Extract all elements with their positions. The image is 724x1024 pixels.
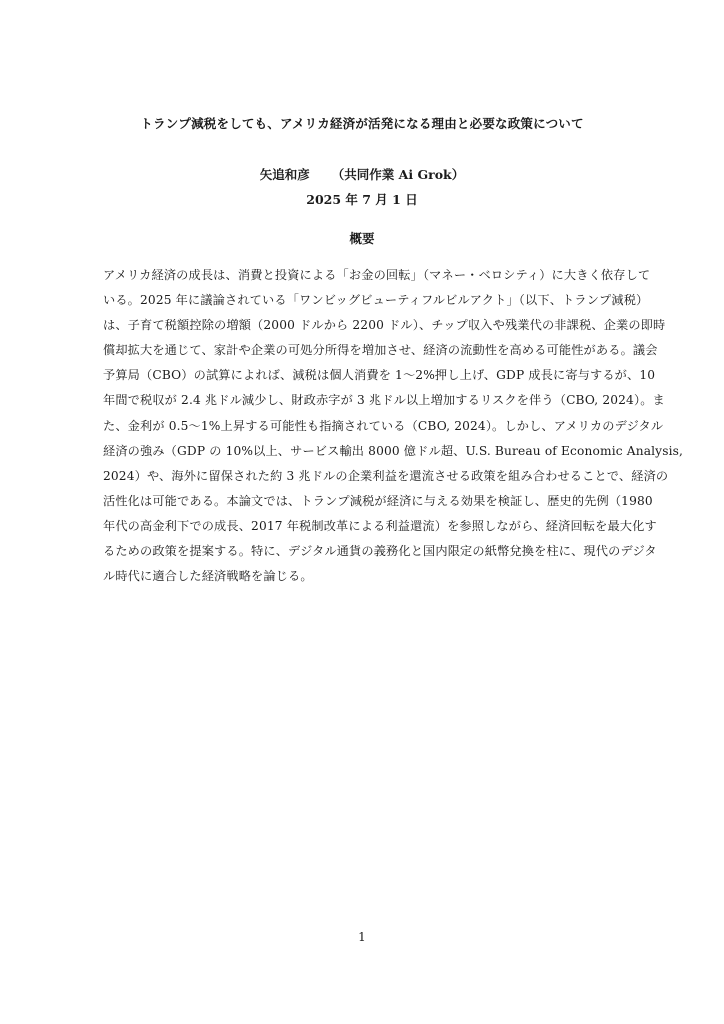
abstract-heading: 概要 xyxy=(0,229,724,247)
abstract-line: 年代の高金利下での成長、2017 年税制改革による利益還流）を参照しながら、経済… xyxy=(103,514,633,539)
abstract-line: 償却拡大を通じて、家計や企業の可処分所得を増加させ、経済の流動性を高める可能性が… xyxy=(103,338,633,363)
abstract-line: 2024）や、海外に留保された約 3 兆ドルの企業利益を還流させる政策を組み合わ… xyxy=(103,464,633,489)
page-number: 1 xyxy=(0,930,724,944)
publication-date: 2025 年 7 月 1 日 xyxy=(0,190,724,208)
abstract-line: 経済の強み（GDP の 10%以上、サービス輸出 8000 億ドル超、U.S. … xyxy=(103,439,633,464)
abstract-line: ル時代に適合した経済戦略を論じる。 xyxy=(103,564,633,589)
author-line: 矢追和彦（共同作業 Ai Grok） xyxy=(0,165,724,183)
abstract-line: 活性化は可能である。本論文では、トランプ減税が経済に与える効果を検証し、歴史的先… xyxy=(103,489,633,514)
abstract-line: いる。2025 年に議論されている「ワンビッグビューティフルビルアクト」（以下、… xyxy=(103,288,633,313)
paper-title: トランプ減税をしても、アメリカ経済が活発になる理由と必要な政策について xyxy=(0,114,724,132)
abstract-line: るための政策を提案する。特に、デジタル通貨の義務化と国内限定の紙幣兌換を柱に、現… xyxy=(103,539,633,564)
abstract-body: アメリカ経済の成長は、消費と投資による「お金の回転」（マネー・ベロシティ）に大き… xyxy=(103,263,633,589)
abstract-line: アメリカ経済の成長は、消費と投資による「お金の回転」（マネー・ベロシティ）に大き… xyxy=(103,263,633,288)
abstract-line: は、子育て税額控除の増額（2000 ドルから 2200 ドル）、チップ収入や残業… xyxy=(103,313,633,338)
abstract-line: た、金利が 0.5～1%上昇する可能性も指摘されている（CBO, 2024）。し… xyxy=(103,414,633,439)
abstract-line: 年間で税収が 2.4 兆ドル減少し、財政赤字が 3 兆ドル以上増加するリスクを伴… xyxy=(103,388,633,413)
collaboration-note: （共同作業 Ai Grok） xyxy=(332,167,464,182)
author-name: 矢追和彦 xyxy=(260,167,310,182)
abstract-line: 予算局（CBO）の試算によれば、減税は個人消費を 1～2%押し上げ、GDP 成長… xyxy=(103,363,633,388)
document-page: トランプ減税をしても、アメリカ経済が活発になる理由と必要な政策について 矢追和彦… xyxy=(0,0,724,1024)
